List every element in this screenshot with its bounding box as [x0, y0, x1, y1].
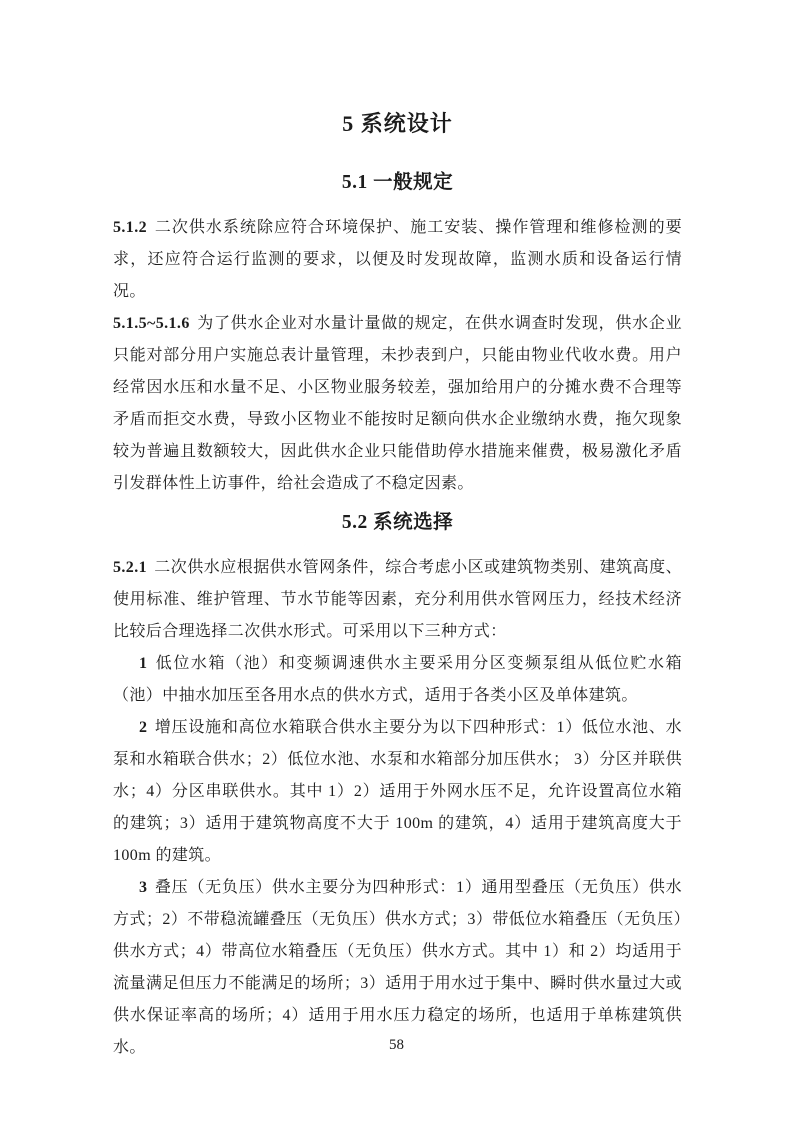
- list-item-3: 3叠压（无负压）供水主要分为四种形式：1）通用型叠压（无负压）供水方式；2）不带…: [113, 872, 682, 1064]
- clause-text: 二次供水系统除应符合环境保护、施工安装、操作管理和维修检测的要求，还应符合运行监…: [113, 219, 682, 300]
- clause-label: 5.2.1: [113, 559, 147, 576]
- section-5-2-body: 5.2.1二次供水应根据供水管网条件，综合考虑小区或建筑物类别、建筑高度、使用标…: [113, 552, 682, 1064]
- clause-5-1-5-to-5-1-6: 5.1.5~5.1.6为了供水企业对水量计量做的规定，在供水调查时发现，供水企业…: [113, 308, 682, 500]
- section-heading-5-1: 5.1 一般规定: [113, 170, 682, 196]
- chapter-title: 5 系统设计: [113, 110, 682, 138]
- item-text: 叠压（无负压）供水主要分为四种形式：1）通用型叠压（无负压）供水方式；2）不带稳…: [113, 879, 682, 1056]
- item-number: 2: [139, 719, 147, 736]
- list-item-2: 2增压设施和高位水箱联合供水主要分为以下四种形式：1）低位水池、水泵和水箱联合供…: [113, 712, 682, 872]
- document-page: 5 系统设计 5.1 一般规定 5.1.2二次供水系统除应符合环境保护、施工安装…: [0, 0, 793, 1122]
- section-5-1-body: 5.1.2二次供水系统除应符合环境保护、施工安装、操作管理和维修检测的要求，还应…: [113, 212, 682, 500]
- clause-text: 为了供水企业对水量计量做的规定，在供水调查时发现，供水企业只能对部分用户实施总表…: [113, 315, 682, 492]
- item-number: 3: [139, 879, 147, 896]
- item-text: 低位水箱（池）和变频调速供水主要采用分区变频泵组从低位贮水箱（池）中抽水加压至各…: [113, 655, 682, 704]
- section-heading-5-2: 5.2 系统选择: [113, 510, 682, 536]
- clause-text: 二次供水应根据供水管网条件，综合考虑小区或建筑物类别、建筑高度、使用标准、维护管…: [113, 559, 682, 640]
- clause-label: 5.1.2: [113, 219, 147, 236]
- clause-label: 5.1.5~5.1.6: [113, 315, 190, 332]
- page-number: 58: [0, 1037, 793, 1054]
- list-item-1: 1低位水箱（池）和变频调速供水主要采用分区变频泵组从低位贮水箱（池）中抽水加压至…: [113, 648, 682, 712]
- clause-5-1-2: 5.1.2二次供水系统除应符合环境保护、施工安装、操作管理和维修检测的要求，还应…: [113, 212, 682, 308]
- clause-5-2-1: 5.2.1二次供水应根据供水管网条件，综合考虑小区或建筑物类别、建筑高度、使用标…: [113, 552, 682, 648]
- item-text: 增压设施和高位水箱联合供水主要分为以下四种形式：1）低位水池、水泵和水箱联合供水…: [113, 719, 682, 864]
- item-number: 1: [139, 655, 147, 672]
